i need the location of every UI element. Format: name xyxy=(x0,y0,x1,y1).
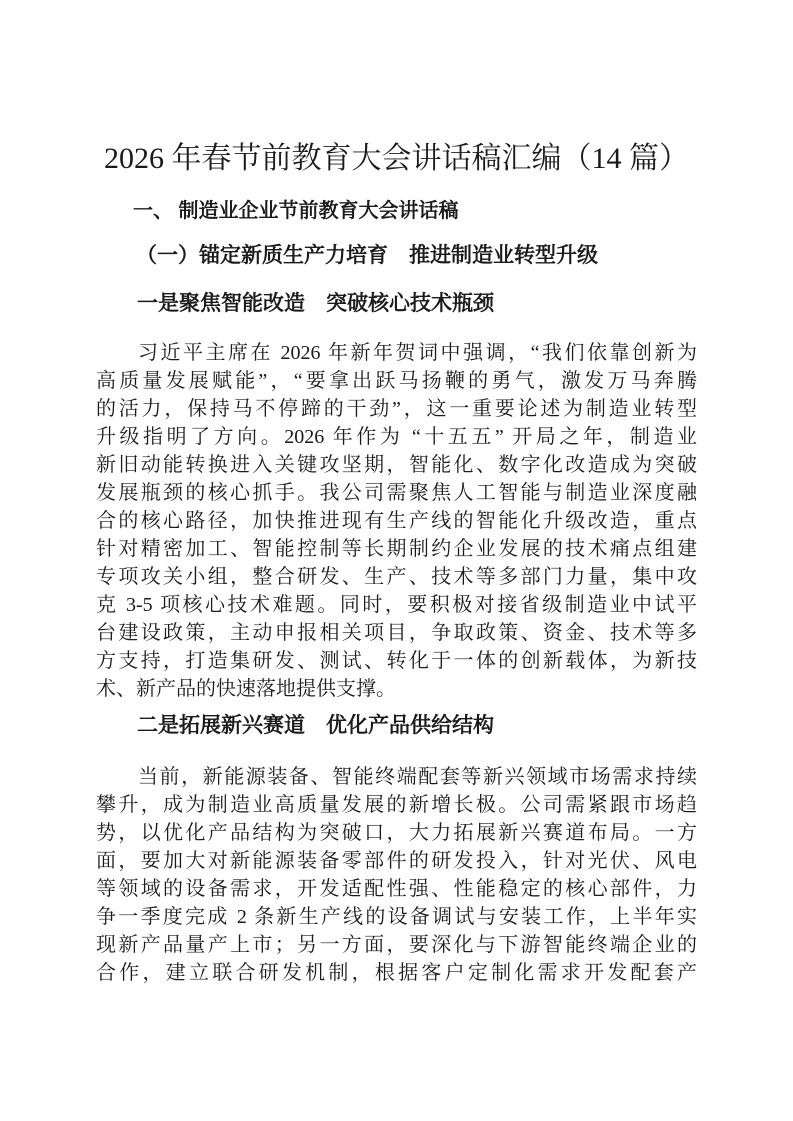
paragraph-line: 升级指明了方向。2026 年作为 “十五五” 开局之年，制造业 xyxy=(96,423,697,451)
paragraph-line: 等领域的设备需求，开发适配性强、性能稳定的核心部件，力 xyxy=(96,875,697,903)
paragraph-line: 高质量发展赋能”，“要拿出跃马扬鞭的勇气，激发万马奔腾 xyxy=(96,367,697,395)
paragraph-line: 合作，建立联合研发机制，根据客户定制化需求开发配套产 xyxy=(96,959,697,987)
document-page: 2026 年春节前教育大会讲话稿汇编（14 篇） 一、 制造业企业节前教育大会讲… xyxy=(0,0,793,1121)
paragraph-2: 当前，新能源装备、智能终端配套等新兴领域市场需求持续 攀升，成为制造业高质量发展… xyxy=(96,763,697,987)
section-heading: 一、 制造业企业节前教育大会讲话稿 xyxy=(96,198,697,224)
paragraph-line: 攀升，成为制造业高质量发展的新增长极。公司需紧跟市场趋 xyxy=(96,791,697,819)
paragraph-line: 新旧动能转换进入关键攻坚期，智能化、数字化改造成为突破 xyxy=(96,451,697,479)
point-heading-2: 二是拓展新兴赛道 优化产品供给结构 xyxy=(96,712,697,740)
paragraph-line: 发展瓶颈的核心抓手。我公司需聚焦人工智能与制造业深度融 xyxy=(96,479,697,507)
paragraph-line: 克 3-5 项核心技术难题。同时，要积极对接省级制造业中试平 xyxy=(96,591,697,619)
document-title: 2026 年春节前教育大会讲话稿汇编（14 篇） xyxy=(96,140,697,178)
paragraph-line: 台建设政策，主动申报相关项目，争取政策、资金、技术等多 xyxy=(96,619,697,647)
paragraph-line: 势，以优化产品结构为突破口，大力拓展新兴赛道布局。一方 xyxy=(96,819,697,847)
paragraph-line: 术、新产品的快速落地提供支撑。 xyxy=(96,675,697,703)
paragraph-line: 的活力，保持马不停蹄的干劲”，这一重要论述为制造业转型 xyxy=(96,395,697,423)
paragraph-line: 现新产品量产上市；另一方面，要深化与下游智能终端企业的 xyxy=(96,931,697,959)
paragraph-line: 针对精密加工、智能控制等长期制约企业发展的技术痛点组建 xyxy=(96,535,697,563)
subsection-heading: （一）锚定新质生产力培育 推进制造业转型升级 xyxy=(96,242,697,270)
paragraph-line: 习近平主席在 2026 年新年贺词中强调，“我们依靠创新为 xyxy=(96,339,697,367)
paragraph-line: 专项攻关小组，整合研发、生产、技术等多部门力量，集中攻 xyxy=(96,563,697,591)
point-heading-1: 一是聚焦智能改造 突破核心技术瓶颈 xyxy=(96,290,697,318)
paragraph-line: 争一季度完成 2 条新生产线的设备调试与安装工作，上半年实 xyxy=(96,903,697,931)
paragraph-line: 合的核心路径，加快推进现有生产线的智能化升级改造，重点 xyxy=(96,507,697,535)
paragraph-1: 习近平主席在 2026 年新年贺词中强调，“我们依靠创新为 高质量发展赋能”，“… xyxy=(96,339,697,703)
paragraph-line: 面，要加大对新能源装备零部件的研发投入，针对光伏、风电 xyxy=(96,847,697,875)
paragraph-line: 当前，新能源装备、智能终端配套等新兴领域市场需求持续 xyxy=(96,763,697,791)
paragraph-line: 方支持，打造集研发、测试、转化于一体的创新载体，为新技 xyxy=(96,647,697,675)
